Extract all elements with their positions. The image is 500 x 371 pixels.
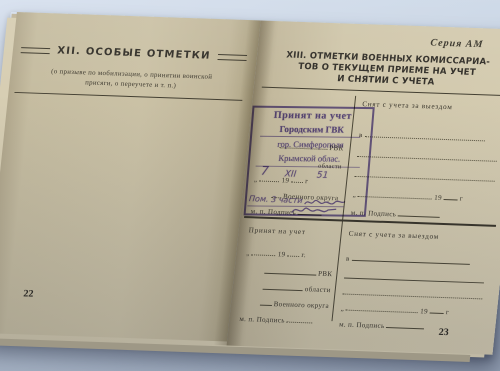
blank-line [444, 191, 459, 200]
handwritten-day: 7 [260, 164, 269, 178]
double-rule [21, 47, 51, 54]
form-row-date: „19г. [246, 246, 307, 259]
left-page-number: 22 [23, 288, 34, 299]
blank-line [386, 319, 425, 329]
in-label: в [346, 255, 350, 263]
stamp-line1: Принят на учет [253, 110, 372, 122]
handwritten-month: XII [284, 169, 297, 179]
blank-line [287, 314, 314, 324]
blank-line [252, 246, 277, 256]
open-booklet: XII. ОСОБЫЕ ОТМЕТКИ (о призыве по мобили… [0, 12, 500, 355]
year-prefix: 19 [420, 307, 429, 315]
rvk-label: РВК [318, 270, 333, 278]
blank-line [287, 248, 300, 257]
year-prefix: 19 [277, 250, 286, 258]
stamp-line3: гор. Симферополя [251, 139, 370, 150]
stamp-line4: Крымской облас. [250, 153, 369, 164]
right-page-number: 23 [438, 327, 449, 338]
year-prefix: 19 [434, 194, 443, 202]
photo-of-military-booklet: XII. ОСОБЫЕ ОТМЕТКИ (о призыве по мобили… [0, 0, 500, 371]
blank-line [358, 188, 433, 200]
double-rule [217, 54, 247, 61]
stamp-rule [256, 166, 360, 168]
blank-line [430, 305, 445, 314]
handwritten-year: 51 [316, 171, 328, 181]
oblast-label: области [304, 285, 331, 294]
stamp-rule [260, 136, 360, 138]
blank-line [264, 265, 317, 276]
blank-line [398, 207, 441, 217]
stamp-line2: Городским ГВК [252, 124, 371, 135]
blank-line [263, 281, 304, 291]
signature-label: м. п. Подпись [239, 315, 285, 325]
blank-line [260, 297, 273, 306]
blank-line [346, 302, 419, 313]
signature-label: м. п. Подпись [339, 320, 385, 330]
year-suffix: г. [301, 251, 306, 259]
quote-mark: „ [340, 304, 344, 312]
quote-mark: „ [246, 249, 250, 257]
